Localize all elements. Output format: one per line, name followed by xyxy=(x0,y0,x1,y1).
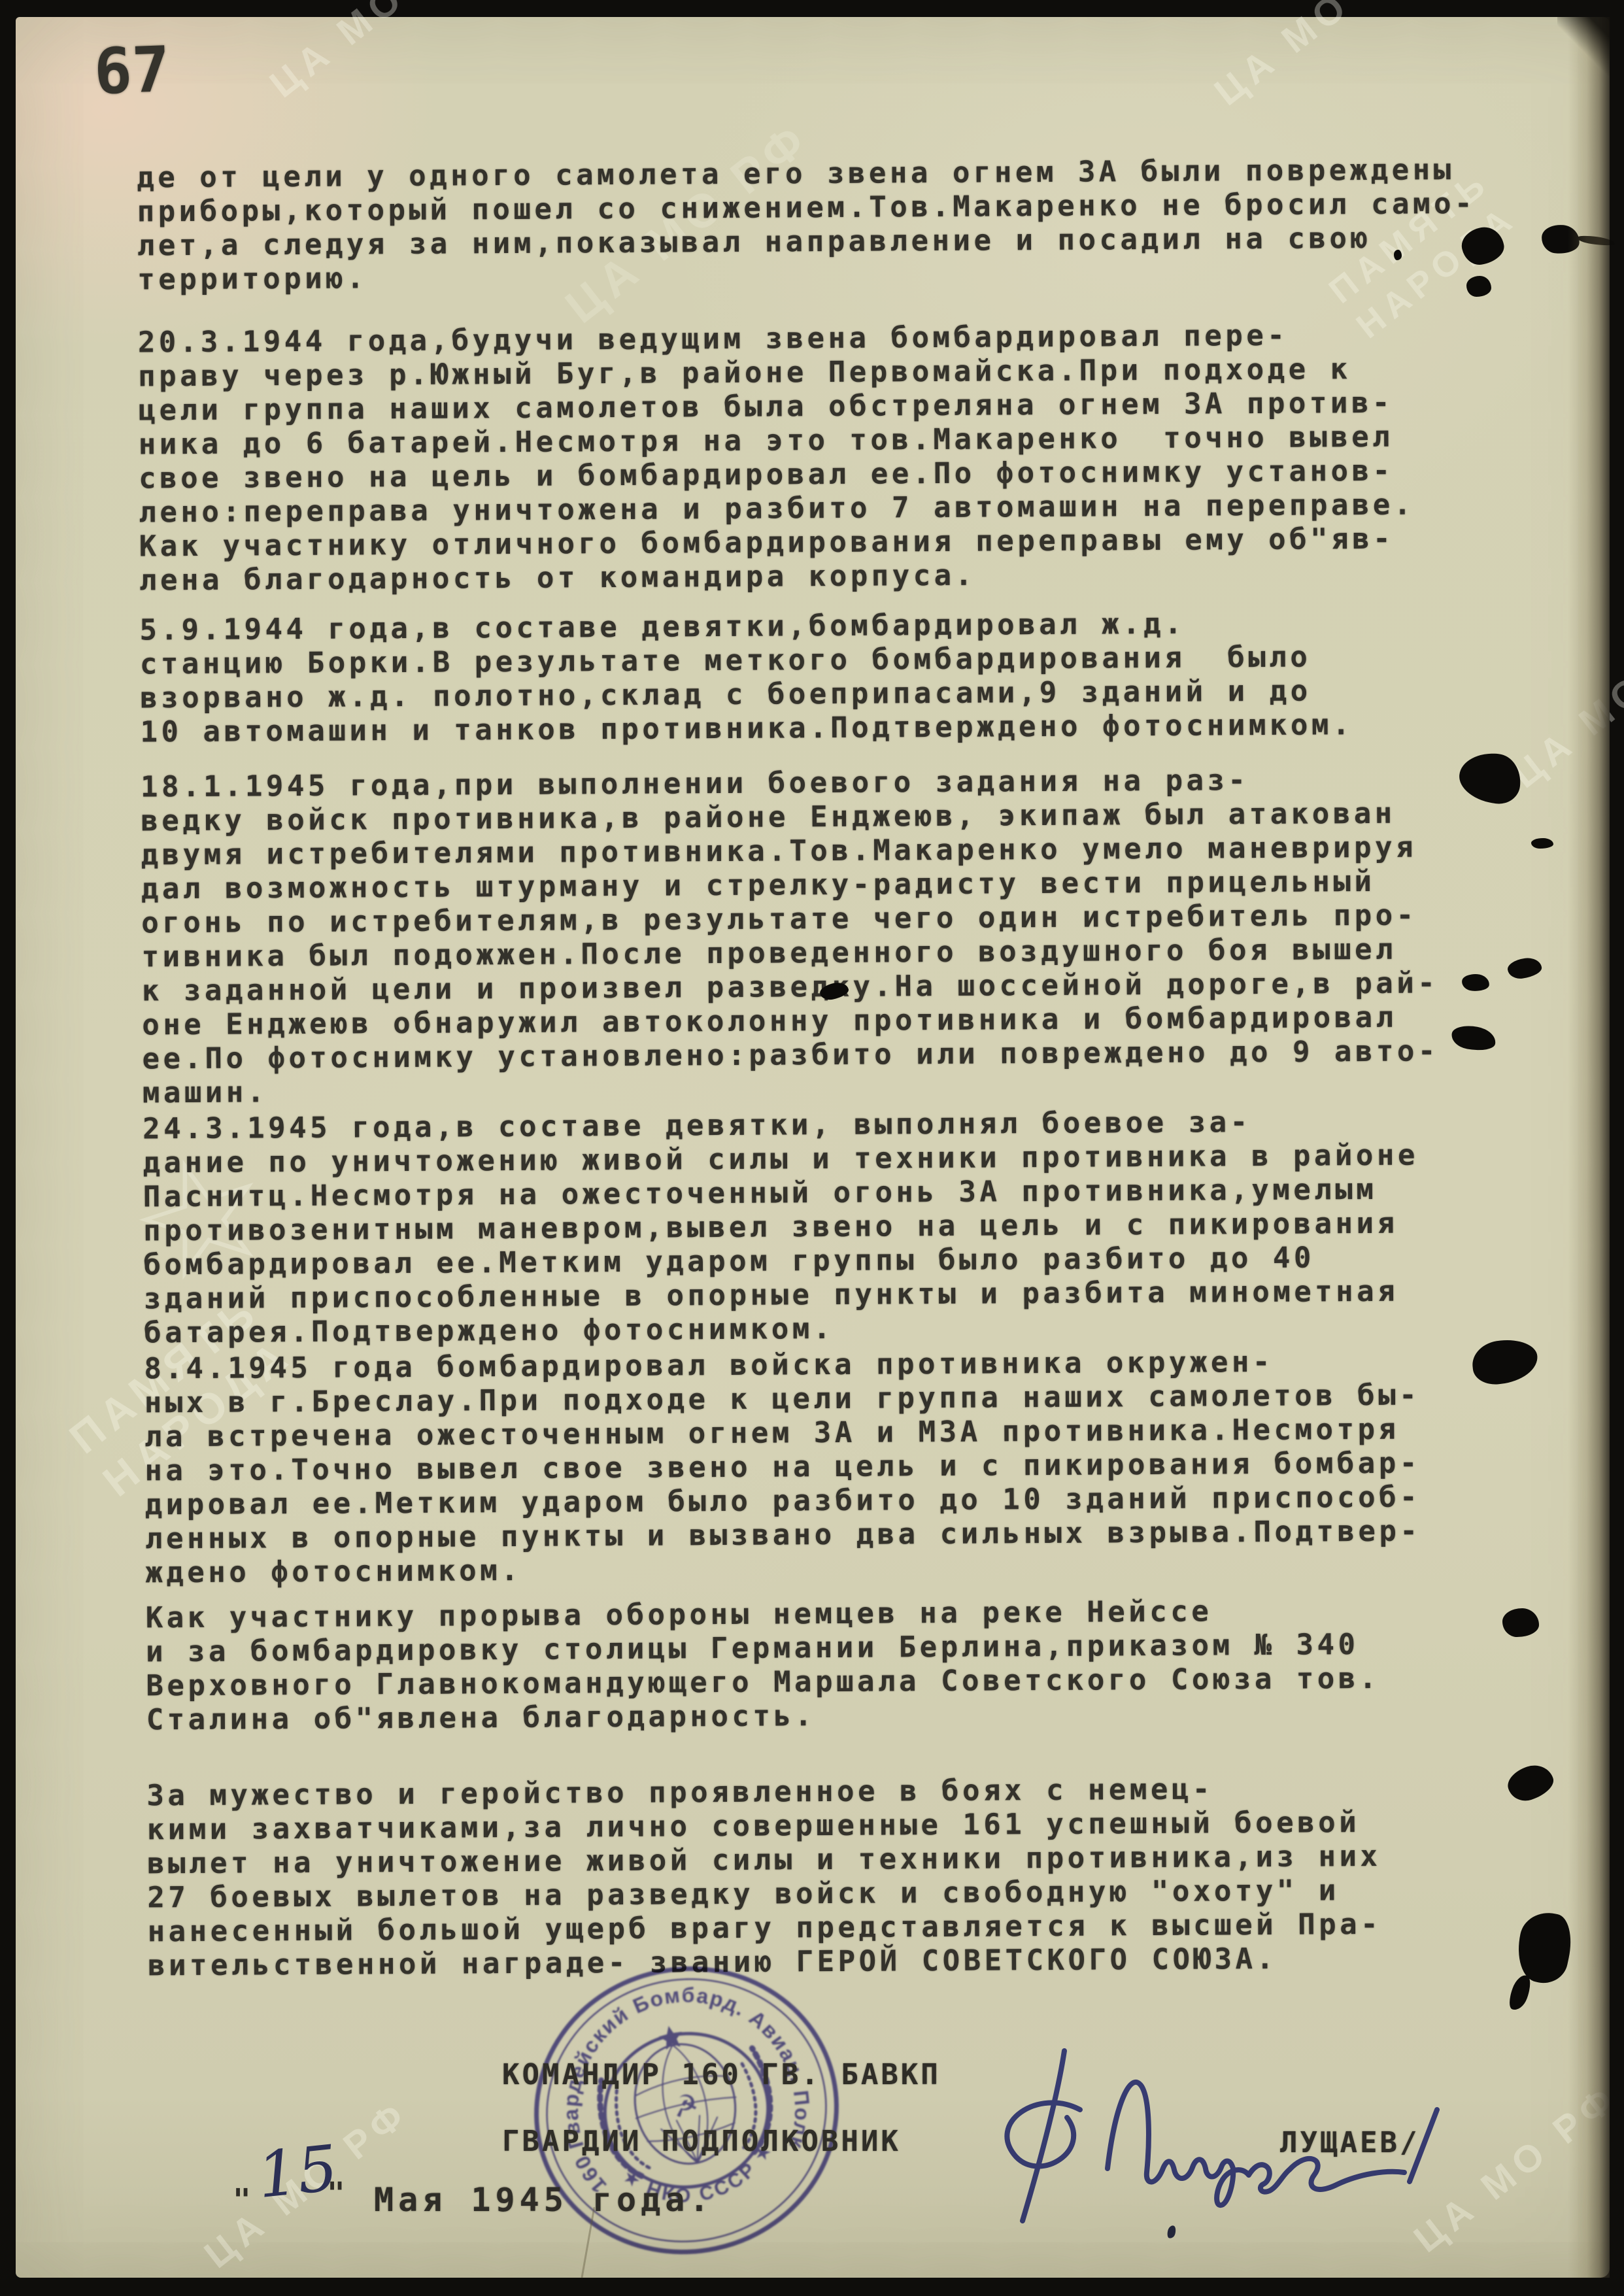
paragraph: Как участнику прорыва обороны немцев на … xyxy=(146,1593,1516,1738)
ink-blot xyxy=(1531,838,1553,849)
corner-shadow xyxy=(1557,17,1610,76)
page-number-stamp: 67 xyxy=(93,33,171,109)
paragraph: 8.4.1945 года бомбардировал войска проти… xyxy=(144,1344,1515,1591)
paragraph: де от цели у одного самолета его звена о… xyxy=(137,153,1507,297)
paragraph: 20.3.1944 года,будучи ведущим звена бомб… xyxy=(138,318,1510,598)
paragraph: 5.9.1944 года,в составе девятки,бомбарди… xyxy=(139,605,1510,750)
document-page: ЦА МО РФ ЦА МО РФ ЦА МО РФ ЦА МО РФ ЦА М… xyxy=(16,17,1610,2278)
scan-background: ЦА МО РФ ЦА МО РФ ЦА МО РФ ЦА МО РФ ЦА М… xyxy=(0,0,1624,2296)
ink-blot xyxy=(1502,1608,1539,1637)
quote-mark: " xyxy=(233,2182,251,2218)
paragraph: 24.3.1945 года,в составе девятки, выполн… xyxy=(143,1104,1514,1351)
date-line: " 15 " Мая 1945 года. xyxy=(217,2135,805,2279)
ink-blot xyxy=(1466,276,1491,297)
document-body: де от цели у одного самолета его звена о… xyxy=(137,153,1528,2057)
quote-mark: " xyxy=(327,2176,345,2211)
scan-root: { "page": { "number": "67" }, "watermark… xyxy=(0,0,1624,2296)
svg-text:☭: ☭ xyxy=(669,2087,702,2125)
typed-surname: ЛУЩАЕВ/ xyxy=(1280,2126,1419,2159)
commander-title-line: КОМАНДИР 160 ГВ. БАВКП xyxy=(502,2058,941,2091)
watermark-archive: ЦА МО РФ xyxy=(1206,0,1428,114)
paragraph: 18.1.1945 года,при выполнении боевого за… xyxy=(141,762,1512,1111)
watermark-archive: ЦА МО РФ xyxy=(262,0,483,107)
ink-blot xyxy=(1394,250,1402,260)
page-edge-shadow xyxy=(1568,17,1610,2278)
typed-date: Мая 1945 года. xyxy=(374,2181,713,2219)
